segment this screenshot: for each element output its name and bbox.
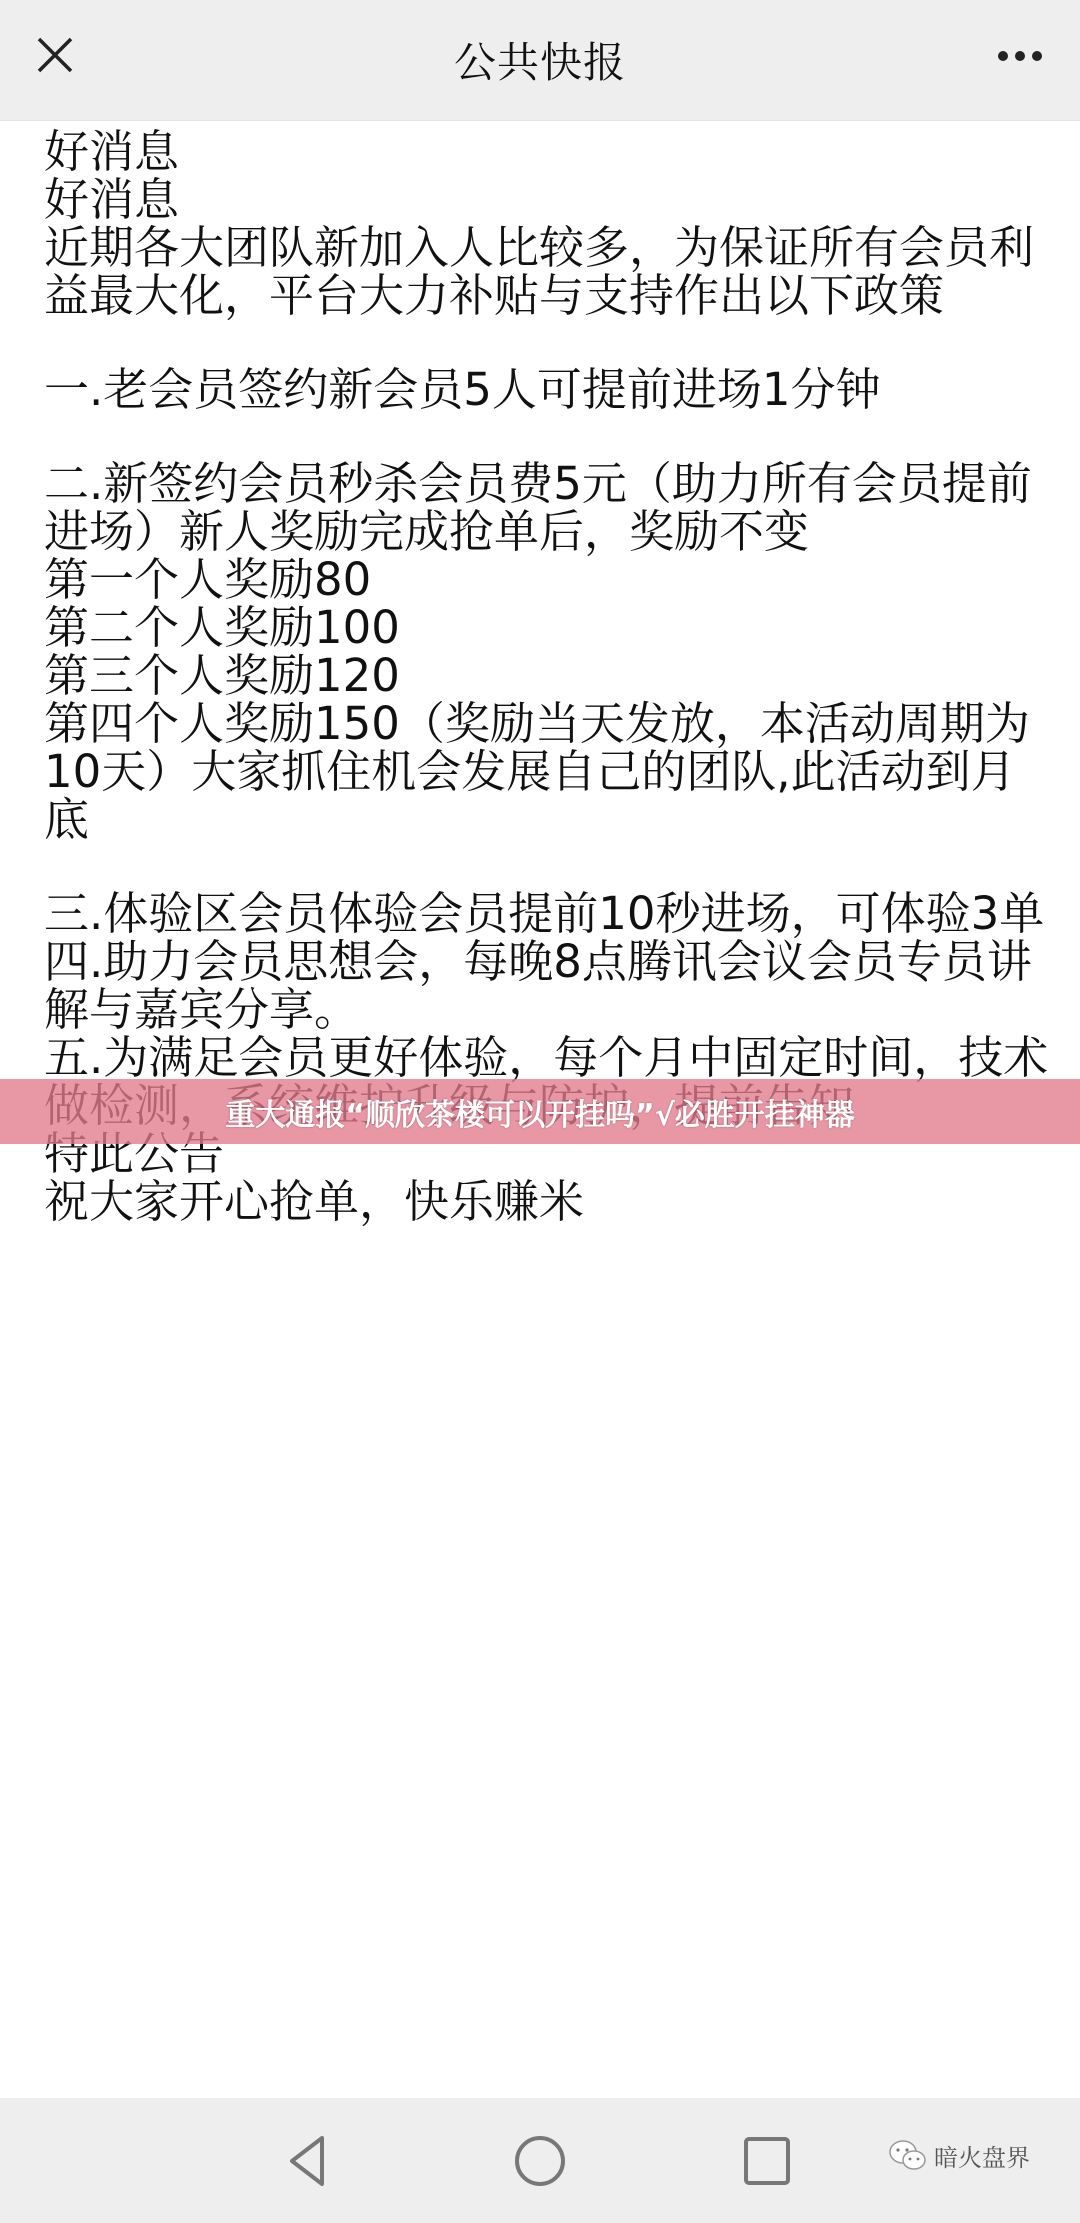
back-triangle-icon [282, 2133, 332, 2189]
recent-apps-button[interactable] [732, 2126, 802, 2196]
article-line: 第四个人奖励150（奖励当天发放，本活动周期为10天）大家抓住机会发展自己的团队… [44, 700, 1054, 844]
article-line: 祝大家开心抢单，快乐赚米 [44, 1178, 1054, 1226]
article-line: 好消息 [44, 128, 1054, 176]
article-line: 二.新签约会员秒杀会员费5元（助力所有会员提前进场）新人奖励完成抢单后，奖励不变 [44, 460, 1054, 556]
paragraph-gap [44, 320, 1054, 366]
article-line: 好消息 [44, 176, 1054, 224]
close-button[interactable] [30, 30, 80, 80]
overlay-banner: 重大通报“顺欣茶楼可以开挂吗”√必胜开挂神器 [0, 1079, 1080, 1144]
paragraph-gap [44, 414, 1054, 460]
article-line: 一.老会员签约新会员5人可提前进场1分钟 [44, 366, 1054, 414]
article-line: 第二个人奖励100 [44, 604, 1054, 652]
top-bar: 公共快报 [0, 0, 1080, 121]
home-button[interactable] [505, 2126, 575, 2196]
page-title: 公共快报 [454, 30, 626, 90]
more-options-icon [1015, 51, 1025, 61]
back-button[interactable] [272, 2126, 342, 2196]
article-line: 四.助力会员思想会，每晚8点腾讯会议会员专员讲解与嘉宾分享。 [44, 938, 1054, 1034]
banner-text: 重大通报“顺欣茶楼可以开挂吗”√必胜开挂神器 [225, 1090, 854, 1134]
home-circle-icon [512, 2133, 568, 2189]
article-body: 好消息 好消息 近期各大团队新加入人比较多，为保证所有会员利益最大化，平台大力补… [44, 128, 1054, 1226]
more-options-icon [1032, 51, 1042, 61]
article-line: 第一个人奖励80 [44, 556, 1054, 604]
watermark: 暗火盘界 [888, 2138, 1030, 2173]
more-options-button[interactable] [990, 36, 1050, 76]
article-line: 三.体验区会员体验会员提前10秒进场，可体验3单 [44, 890, 1054, 938]
more-options-icon [998, 51, 1008, 61]
paragraph-gap [44, 844, 1054, 890]
article-line: 第三个人奖励120 [44, 652, 1054, 700]
watermark-text: 暗火盘界 [934, 2138, 1030, 2173]
close-icon [35, 35, 75, 75]
recent-apps-square-icon [741, 2133, 793, 2189]
system-nav-bar: 暗火盘界 [0, 2098, 1080, 2223]
wechat-icon [888, 2139, 928, 2173]
article-line: 近期各大团队新加入人比较多，为保证所有会员利益最大化，平台大力补贴与支持作出以下… [44, 224, 1054, 320]
